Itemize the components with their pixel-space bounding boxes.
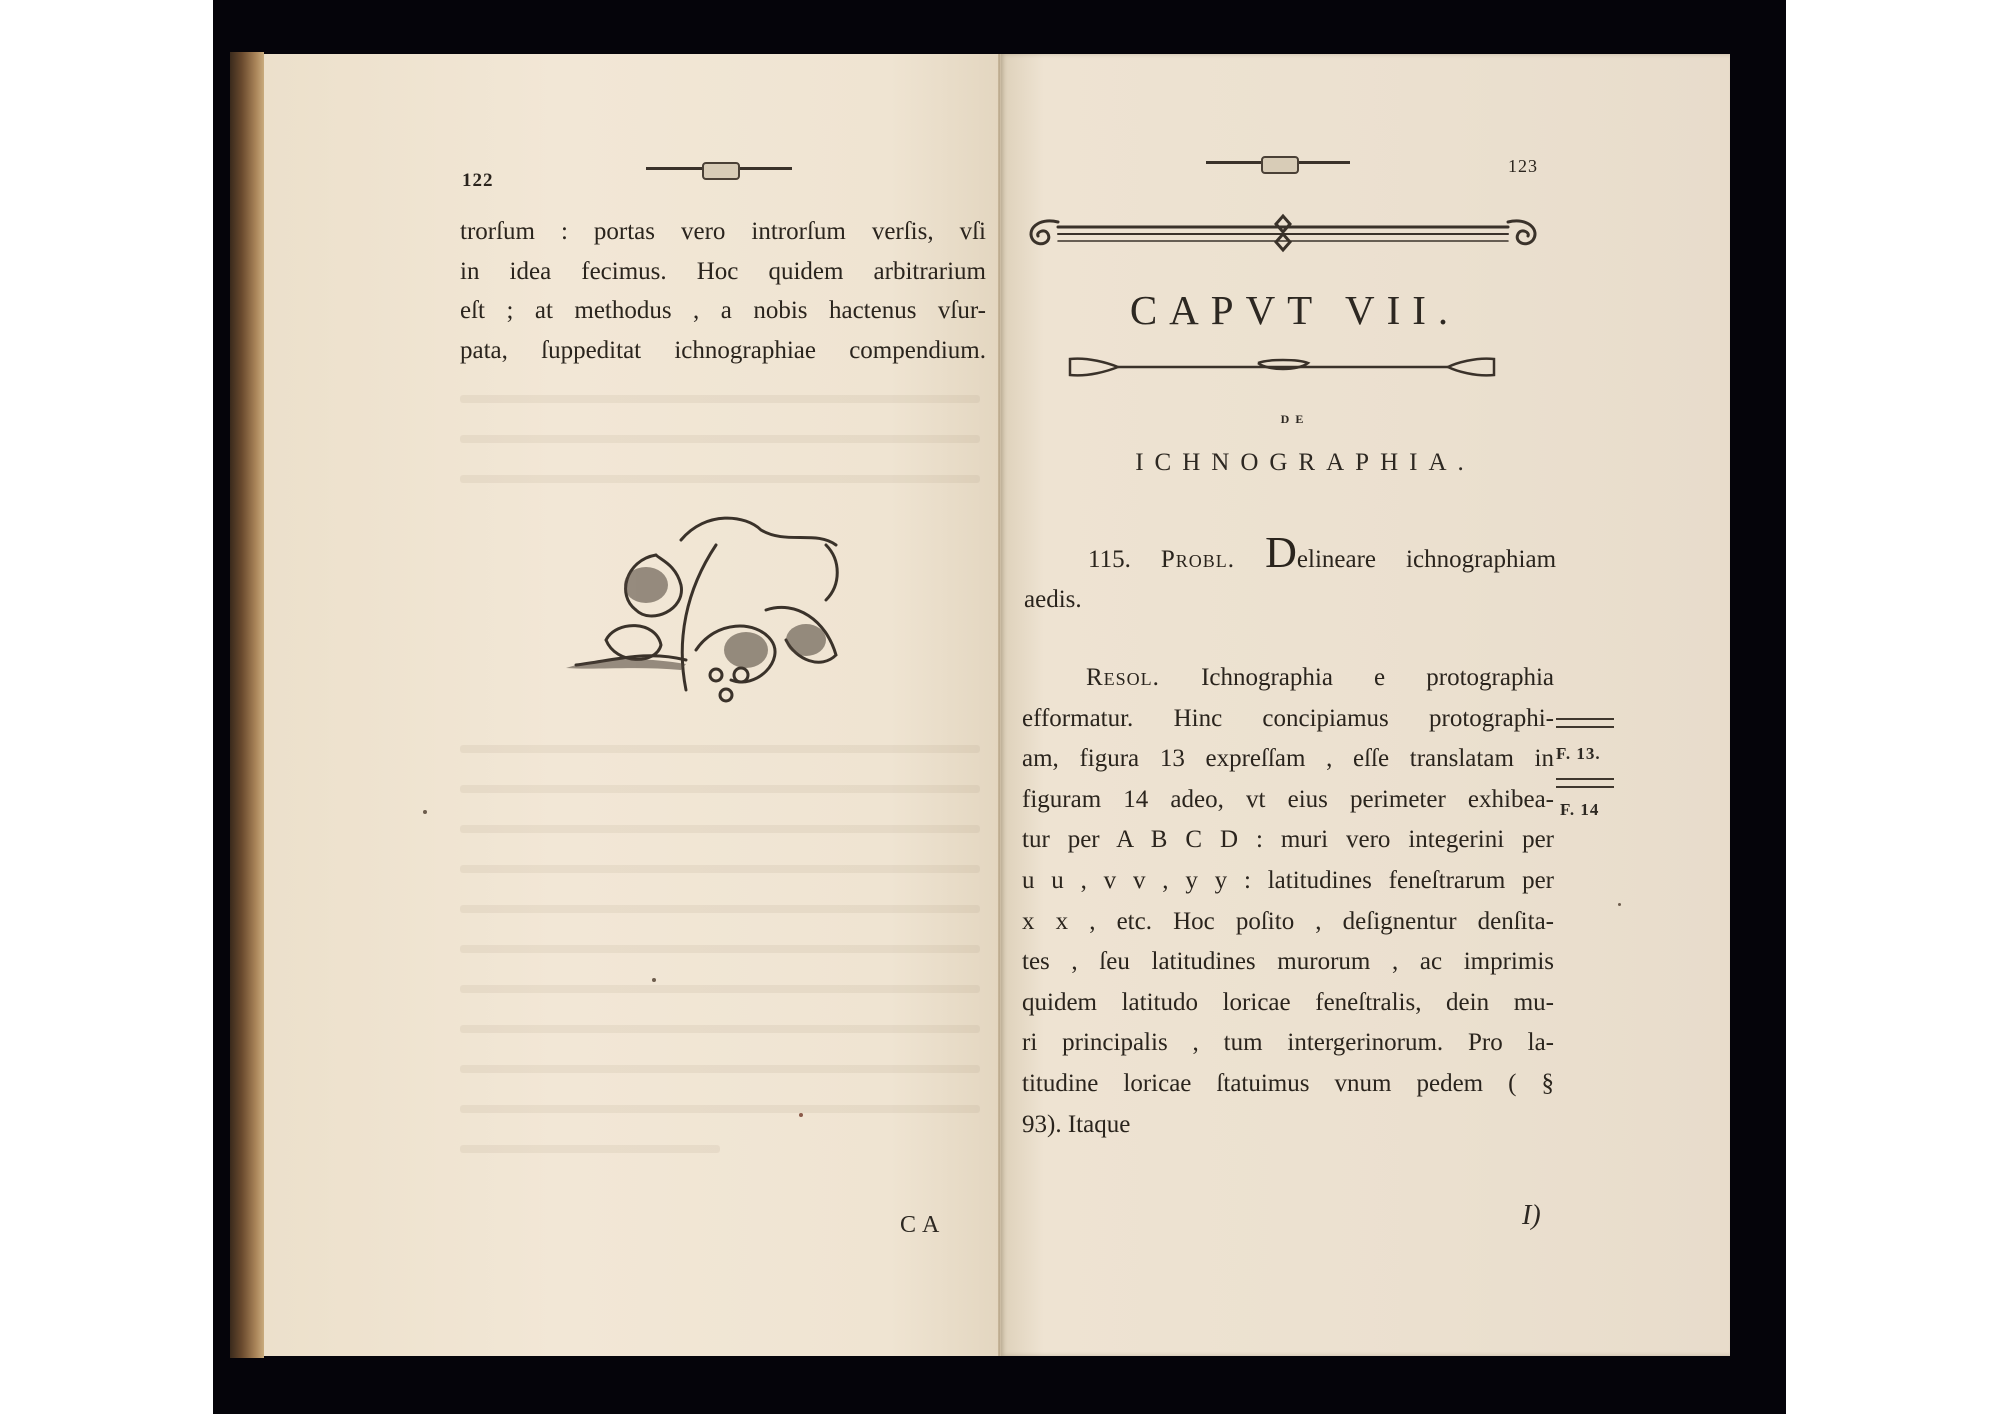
bleed-through <box>460 985 980 993</box>
bleed-through <box>460 1025 980 1033</box>
text-line: quidem latitudo loricae feneſtralis, dei… <box>1022 983 1554 1024</box>
paper-spot <box>799 1113 803 1117</box>
bleed-through <box>460 1105 980 1113</box>
bleed-through <box>460 785 980 793</box>
paper-spot <box>1618 903 1621 906</box>
catchword: CA <box>900 1212 945 1239</box>
margin-rule <box>1556 778 1614 788</box>
bleed-through <box>460 395 980 403</box>
problem-label: Probl. <box>1161 546 1235 573</box>
bleed-through <box>460 1145 720 1153</box>
problem-line: 115. Probl. Delineare ichnographiam <box>1024 538 1556 580</box>
paper-spot <box>423 810 427 814</box>
text-line: pata, ſuppeditat ichnographiae compendiu… <box>460 331 986 371</box>
margin-note-figure-13: F. 13. <box>1556 744 1601 764</box>
text-line: x x , etc. Hoc poſito , deſignentur denſ… <box>1022 902 1554 943</box>
text-line: tes , ſeu latitudines murorum , ac impri… <box>1022 942 1554 983</box>
bleed-through <box>460 905 980 913</box>
resolution-text: Resol. Ichnographia e protographia effor… <box>1022 658 1554 1145</box>
left-page-text: trorſum : portas vero introrſum verſis, … <box>460 212 986 370</box>
problem-number: 115. <box>1088 546 1131 573</box>
chapter-divider-rule-icon <box>1068 355 1496 379</box>
problem-statement: 115. Probl. Delineare ichnographiam aedi… <box>1024 538 1556 619</box>
text-line: am, figura 13 expreſſam , eſſe translata… <box>1022 739 1554 780</box>
page-number-right: 123 <box>1508 156 1538 177</box>
bleed-through <box>460 1065 980 1073</box>
text-line: u u , v v , y y : latitudines feneſtraru… <box>1022 861 1554 902</box>
bleed-through <box>460 865 980 873</box>
page-number-left: 122 <box>462 170 494 192</box>
rule-ornament-icon <box>702 162 740 180</box>
floral-vignette-icon <box>556 500 856 710</box>
margin-note-figure-14: F. 14 <box>1560 800 1599 820</box>
text-line: titudine loricae ſtatuimus vnum pedem ( … <box>1022 1064 1554 1105</box>
problem-line: aedis. <box>1024 580 1556 620</box>
bleed-through <box>460 745 980 753</box>
bleed-through <box>460 435 980 443</box>
head-rule-left <box>646 166 792 172</box>
text-line: efformatur. Hinc concipiamus protographi… <box>1022 699 1554 740</box>
text-line: eſt ; at methodus , a nobis hactenus vſu… <box>460 291 986 331</box>
text-line: tur per A B C D : muri vero integerini p… <box>1022 820 1554 861</box>
text-line: ri principalis , tum intergerinorum. Pro… <box>1022 1023 1554 1064</box>
chapter-title: CAPVT VII. <box>1000 286 1590 334</box>
signature-mark: I) <box>1522 1200 1541 1232</box>
drop-cap: D <box>1265 528 1297 577</box>
resolution-label: Resol. <box>1086 664 1160 691</box>
margin-rule <box>1556 718 1614 728</box>
resolution-first-line: Resol. Ichnographia e protographia <box>1022 658 1554 699</box>
chapter-subtitle: ICHNOGRAPHIA. <box>1000 449 1610 477</box>
gutter <box>998 54 1001 1356</box>
chapter-headpiece-icon <box>1018 212 1548 256</box>
resolution-text-start: Ichnographia e protographia <box>1201 664 1554 691</box>
text-line: 93). Itaque <box>1022 1105 1554 1146</box>
text-line: trorſum : portas vero introrſum verſis, … <box>460 212 986 252</box>
bleed-through <box>460 825 980 833</box>
book-page-edges <box>230 52 264 1358</box>
text-line: figuram 14 adeo, vt eius perimeter exhib… <box>1022 780 1554 821</box>
chapter-subtitle-prefix: DE <box>1000 412 1590 427</box>
bleed-through <box>460 945 980 953</box>
text-line: in idea fecimus. Hoc quidem arbitrarium <box>460 252 986 292</box>
paper-spot <box>652 978 656 982</box>
bleed-through <box>460 475 980 483</box>
problem-text: elineare ichnographiam <box>1297 546 1556 573</box>
head-rule-right <box>1206 160 1350 166</box>
rule-ornament-icon <box>1261 156 1299 174</box>
